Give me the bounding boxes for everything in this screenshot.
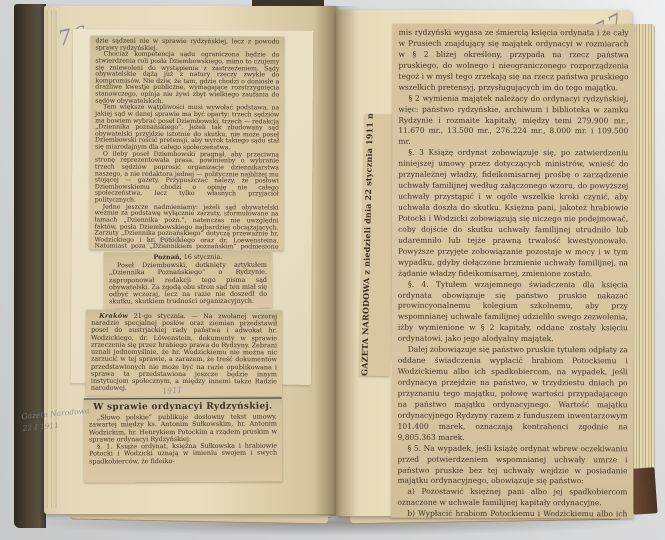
book-gutter-shadow <box>314 6 360 516</box>
clipping-paragraph: Kraków 21-go stycznia. — Na zwołanej wcz… <box>91 313 277 393</box>
page-edge-stripes-left <box>46 10 58 508</box>
book-cover-left-edge <box>14 4 46 528</box>
clipping-paragraph: „Słowo polskie” publikuje dosłowny tekst… <box>89 414 277 444</box>
clipping-agreement-continued: mis rydzyński wygasa ze śmiercią księcia… <box>391 24 634 519</box>
clipping-paragraph: §. 3 Książę ordynat zobowiązuje się, po … <box>398 148 628 280</box>
clipping-paragraph: §. 1. Książe ordynat, księżna Sułkowska … <box>89 443 277 466</box>
clipping-paragraph: Jedno jeszcze nadmieniamy: jeżeli sąd ob… <box>94 204 278 250</box>
clipping-paragraph: §. 4. Tytułem wzajemnego świadczenia dla… <box>398 279 628 345</box>
clipping-body: 21-go stycznia. — Na zwołanej wczoraj na… <box>91 312 277 392</box>
clipping-paragraph: b) Wypłacić hrabiom Potockiemu i Wodzick… <box>397 509 627 518</box>
clipping-paragraph: mis rydzyński wygasa ze śmiercią księcia… <box>398 28 628 94</box>
clipping-paragraph: § 5. Na wypadek, jeśli książę ordynat wb… <box>397 443 627 487</box>
clipping-paragraph: Dalej zobowiązuje się państwo pruskie ty… <box>398 345 628 444</box>
scrapbook-photo: 76 dzie sądzeni nie w sprawie rydzyńskie… <box>0 0 665 540</box>
clipping-poznan-note: Poznań, 16 stycznia. Poseł Dziembowski, … <box>104 252 272 309</box>
clipping-text: „Słowo polskie” publikuje dosłowny tekst… <box>89 414 277 466</box>
clipping-paragraph: § 2 wymienia majątek należący do ordynac… <box>398 93 628 148</box>
masthead-strip-label: GAZETA NARODOWA z niedzieli dnia 22 styc… <box>359 114 394 377</box>
newspaper-masthead-strip: GAZETA NARODOWA z niedzieli dnia 22 styc… <box>359 114 394 377</box>
clipping-text: mis rydzyński wygasa ze śmiercią księcia… <box>397 28 628 519</box>
clipping-headline: W sprawie ordynacyi Rydzyńskiej. <box>89 402 277 413</box>
clipping-paragraph: Poseł Dziembowski, dotknięty artykułem „… <box>109 262 267 306</box>
dateline-city: Poznań, <box>153 253 181 261</box>
dateline-date: 16 stycznia. <box>182 253 223 261</box>
clipping-paragraph: a) Pozostawić księżnej pani albo jej spa… <box>397 487 627 509</box>
clipping-text: dzie sądzeni nie w sprawie rydzyńskiej, … <box>94 39 279 251</box>
clipping-ordynacya-agreement: W sprawie ordynacyi Rydzyńskiej. „Słowo … <box>84 397 282 482</box>
clipping-paragraph: O ileby poseł Dziembowski pragnął, aby p… <box>95 151 279 205</box>
clipping-civil-court-article: dzie sądzeni nie w sprawie rydzyńskiej, … <box>89 35 284 250</box>
book-cover-right-corner <box>630 467 657 515</box>
clipping-krakow-note: Kraków 21-go stycznia. — Na zwołanej wcz… <box>86 310 282 397</box>
clipping-paragraph: Tem większe wątpliwości musi wywołać pod… <box>95 105 279 152</box>
clipping-paragraph: Chociaż kompetencja sądu ograniczona będ… <box>95 52 279 106</box>
